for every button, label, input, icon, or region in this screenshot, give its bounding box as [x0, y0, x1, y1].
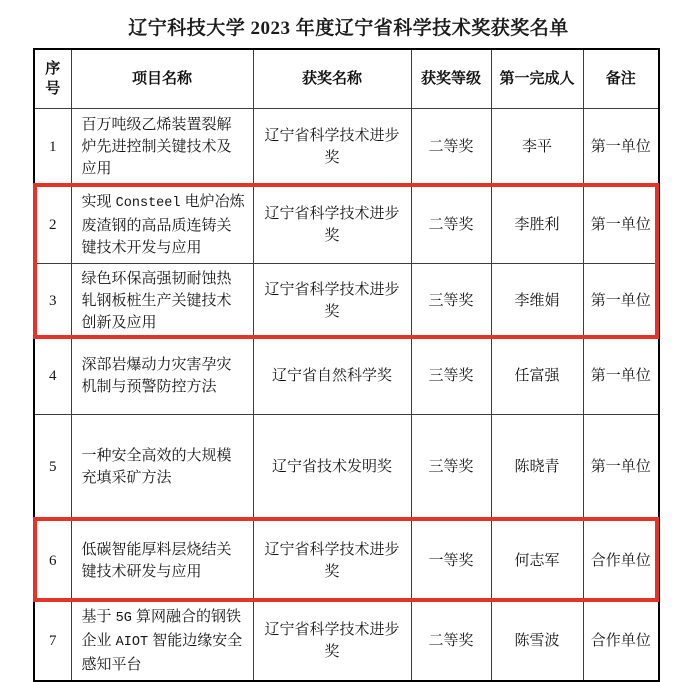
- document-page: 辽宁科技大学 2023 年度辽宁省科学技术奖获奖名单 序号 项目名称 获奖名称 …: [0, 0, 697, 682]
- award-name: 辽宁省科学技术进步奖: [253, 263, 411, 338]
- award-grade: 二等奖: [411, 186, 491, 263]
- project-name: 绿色环保高强韧耐蚀热轧钢板桩生产关键技术创新及应用: [71, 263, 253, 338]
- table-row: 4 深部岩爆动力灾害孕灾机制与预警防控方法 辽宁省自然科学奖 三等奖 任富强 第…: [34, 338, 659, 414]
- project-name: 一种安全高效的大规模充填采矿方法: [71, 414, 253, 520]
- row-no: 3: [34, 263, 71, 338]
- header-no: 序号: [34, 49, 71, 108]
- first-person: 李维娟: [491, 263, 583, 338]
- first-person: 何志军: [491, 520, 583, 601]
- row-no: 5: [34, 414, 71, 520]
- note: 第一单位: [583, 263, 659, 338]
- header-grade: 获奖等级: [411, 49, 491, 108]
- first-person: 李胜利: [491, 186, 583, 263]
- award-grade: 三等奖: [411, 338, 491, 414]
- table-row: 3 绿色环保高强韧耐蚀热轧钢板桩生产关键技术创新及应用 辽宁省科学技术进步奖 三…: [34, 263, 659, 338]
- table-row: 2 实现 Consteel 电炉冶炼废渣钢的高品质连铸关键技术开发与应用 辽宁省…: [34, 186, 659, 263]
- header-person: 第一完成人: [491, 49, 583, 108]
- award-grade: 三等奖: [411, 414, 491, 520]
- row-no: 7: [34, 601, 71, 681]
- award-grade: 一等奖: [411, 520, 491, 601]
- first-person: 陈晓青: [491, 414, 583, 520]
- project-name: 实现 Consteel 电炉冶炼废渣钢的高品质连铸关键技术开发与应用: [71, 186, 253, 263]
- award-grade: 三等奖: [411, 263, 491, 338]
- project-name: 百万吨级乙烯装置裂解炉先进控制关键技术及应用: [71, 108, 253, 186]
- table-row: 7 基于 5G 算网融合的钢铁企业 AIOT 智能边缘安全感知平台 辽宁省科学技…: [34, 601, 659, 681]
- header-project: 项目名称: [71, 49, 253, 108]
- award-grade: 二等奖: [411, 108, 491, 186]
- award-name: 辽宁省科学技术进步奖: [253, 186, 411, 263]
- note: 第一单位: [583, 414, 659, 520]
- note: 合作单位: [583, 601, 659, 681]
- row-no: 4: [34, 338, 71, 414]
- award-name: 辽宁省科学技术进步奖: [253, 520, 411, 601]
- award-name: 辽宁省科学技术进步奖: [253, 108, 411, 186]
- table-row: 5 一种安全高效的大规模充填采矿方法 辽宁省技术发明奖 三等奖 陈晓青 第一单位: [34, 414, 659, 520]
- header-note: 备注: [583, 49, 659, 108]
- award-name: 辽宁省技术发明奖: [253, 414, 411, 520]
- award-name: 辽宁省自然科学奖: [253, 338, 411, 414]
- table-row: 6 低碳智能厚料层烧结关键技术研发与应用 辽宁省科学技术进步奖 一等奖 何志军 …: [34, 520, 659, 601]
- note: 第一单位: [583, 338, 659, 414]
- note: 合作单位: [583, 520, 659, 601]
- row-no: 2: [34, 186, 71, 263]
- award-name: 辽宁省科学技术进步奖: [253, 601, 411, 681]
- row-no: 6: [34, 520, 71, 601]
- table-row: 1 百万吨级乙烯装置裂解炉先进控制关键技术及应用 辽宁省科学技术进步奖 二等奖 …: [34, 108, 659, 186]
- award-grade: 二等奖: [411, 601, 491, 681]
- note: 第一单位: [583, 108, 659, 186]
- row-no: 1: [34, 108, 71, 186]
- project-name: 深部岩爆动力灾害孕灾机制与预警防控方法: [71, 338, 253, 414]
- award-table: 序号 项目名称 获奖名称 获奖等级 第一完成人 备注 1 百万吨级乙烯装置裂解炉…: [33, 48, 660, 682]
- note: 第一单位: [583, 186, 659, 263]
- first-person: 李平: [491, 108, 583, 186]
- table-header: 序号 项目名称 获奖名称 获奖等级 第一完成人 备注: [34, 49, 659, 108]
- project-name: 低碳智能厚料层烧结关键技术研发与应用: [71, 520, 253, 601]
- first-person: 任富强: [491, 338, 583, 414]
- header-row: 序号 项目名称 获奖名称 获奖等级 第一完成人 备注: [34, 49, 659, 108]
- header-award: 获奖名称: [253, 49, 411, 108]
- first-person: 陈雪波: [491, 601, 583, 681]
- page-title: 辽宁科技大学 2023 年度辽宁省科学技术奖获奖名单: [0, 13, 697, 40]
- project-name: 基于 5G 算网融合的钢铁企业 AIOT 智能边缘安全感知平台: [71, 601, 253, 681]
